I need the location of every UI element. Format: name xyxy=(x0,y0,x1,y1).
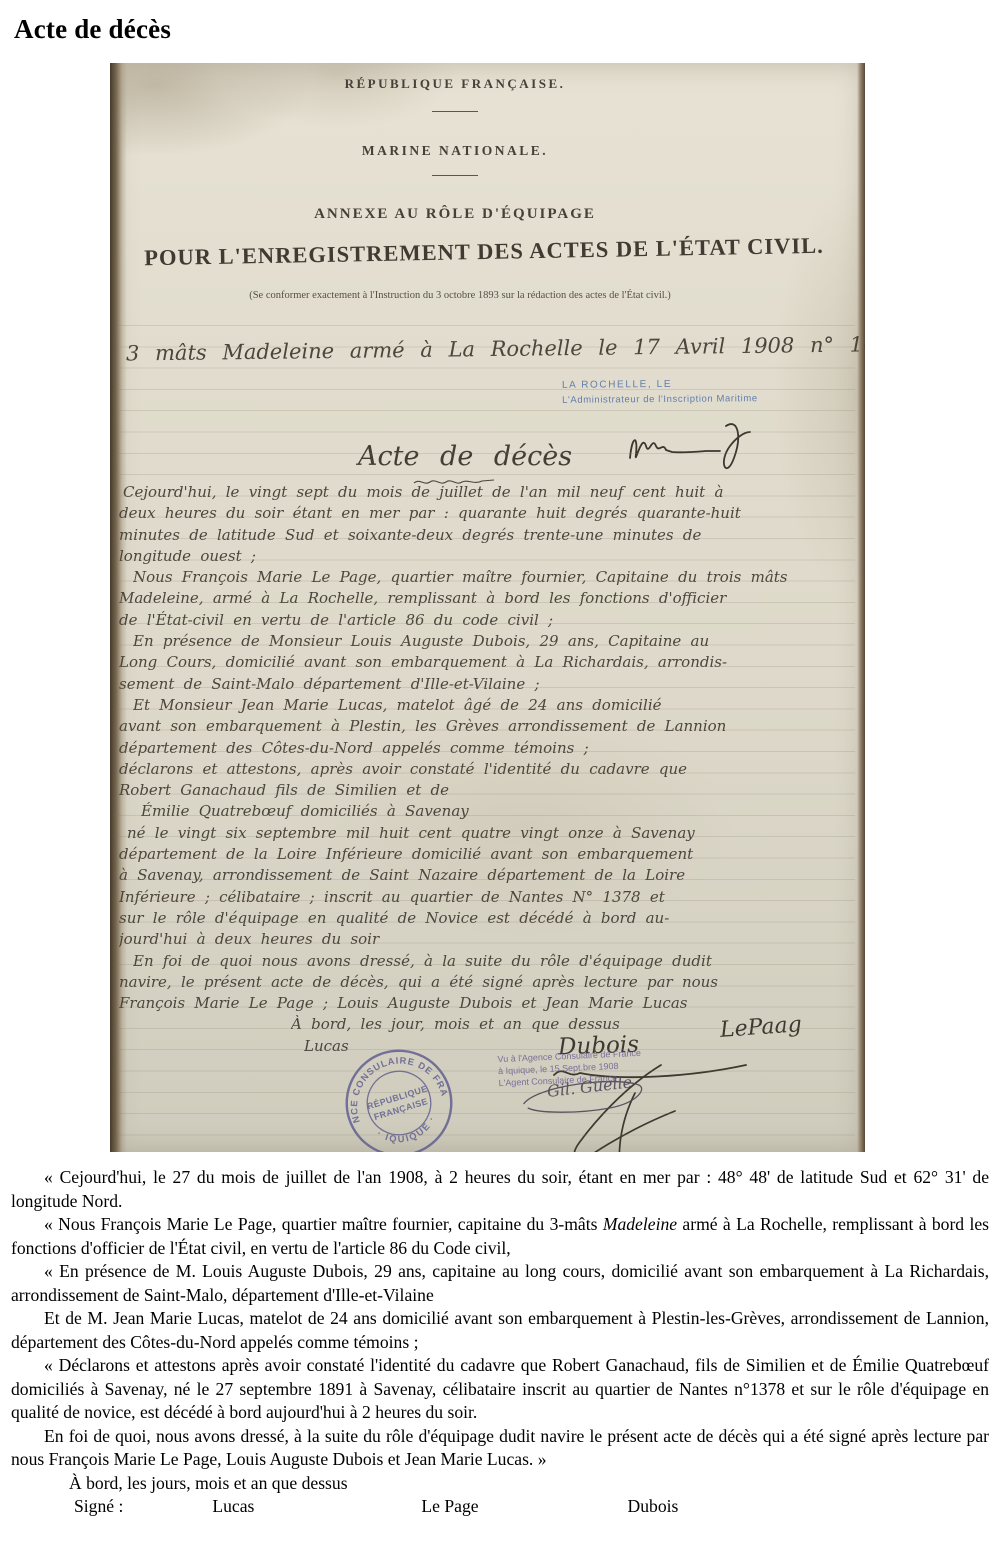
consular-visa-note: Vu à l'Agence Consulaire de France à Iqu… xyxy=(497,1047,642,1089)
manuscript-line: département de la Loire Inférieure domic… xyxy=(119,844,857,865)
transcription-paragraph: « En présence de M. Louis Auguste Dubois… xyxy=(11,1260,989,1307)
paragraph-text: À bord, les jours, mois et an que dessus xyxy=(69,1473,348,1493)
header-marine-nationale: MARINE NATIONALE. xyxy=(110,143,800,159)
paragraph-text: « En présence de M. Louis Auguste Dubois… xyxy=(11,1261,989,1305)
manuscript-line: François Marie Le Page ; Louis Auguste D… xyxy=(119,993,857,1014)
manuscript-line: En présence de Monsieur Louis Auguste Du… xyxy=(133,631,857,652)
la-rochelle-stamp: LA ROCHELLE, LE L'Administrateur de l'In… xyxy=(562,378,758,406)
signature-oval-flourish xyxy=(516,1073,648,1119)
page-right-edge xyxy=(857,63,865,1152)
manuscript-line: département des Côtes-du-Nord appelés co… xyxy=(119,738,857,759)
manuscript-line: Émilie Quatrebœuf domiciliés à Savenay xyxy=(141,801,857,822)
manuscript-line: jourd'hui à deux heures du soir xyxy=(119,929,857,950)
ship-name-italic: Madeleine xyxy=(603,1214,677,1234)
document-scan: RÉPUBLIQUE FRANÇAISE. MARINE NATIONALE. … xyxy=(110,63,865,1152)
paragraph-text: « Cejourd'hui, le 27 du mois de juillet … xyxy=(11,1167,989,1211)
transcription-paragraph: En foi de quoi, nous avons dressé, à la … xyxy=(11,1425,989,1472)
signe-label: Signé : xyxy=(74,1496,123,1516)
manuscript-line: En foi de quoi nous avons dressé, à la s… xyxy=(133,951,857,972)
manuscript-line: sement de Saint-Malo département d'Ille-… xyxy=(119,674,857,695)
manuscript-line: minutes de latitude Sud et soixante-deux… xyxy=(119,525,857,546)
manuscript-line: Nous François Marie Le Page, quartier ma… xyxy=(133,567,857,588)
transcription-paragraph: Et de M. Jean Marie Lucas, matelot de 24… xyxy=(11,1307,989,1354)
transcription-paragraph: « Nous François Marie Le Page, quartier … xyxy=(11,1213,989,1260)
manuscript-line: avant son embarquement à Plestin, les Gr… xyxy=(119,716,857,737)
manuscript-line: sur le rôle d'équipage en qualité de Nov… xyxy=(119,908,857,929)
paragraph-text: Et de M. Jean Marie Lucas, matelot de 24… xyxy=(11,1308,989,1352)
signatory-name: Le Page xyxy=(358,1495,478,1519)
transcription-paragraph: « Déclarons et attestons après avoir con… xyxy=(11,1354,989,1425)
manuscript-line: longitude ouest ; xyxy=(119,546,857,567)
header-instruction: (Se conformer exactement à l'Instruction… xyxy=(110,290,810,301)
manuscript-line: deux heures du soir étant en mer par : q… xyxy=(119,503,857,524)
paragraph-text: « Déclarons et attestons après avoir con… xyxy=(11,1355,989,1422)
handwritten-acte-title: Acte de décès xyxy=(358,441,572,472)
manuscript-line: navire, le présent acte de décès, qui a … xyxy=(119,972,857,993)
manuscript-line: déclarons et attestons, après avoir cons… xyxy=(119,759,857,780)
manuscript-line: Inférieure ; célibataire ; inscrit au qu… xyxy=(119,887,857,908)
header-annexe: ANNEXE AU RÔLE D'ÉQUIPAGE xyxy=(110,206,800,223)
manuscript-line: de l'État-civil en vertu de l'article 86… xyxy=(119,610,857,631)
manuscript-body: Cejourd'hui, le vingt sept du mois de ju… xyxy=(119,482,857,1057)
stamp-line: LA ROCHELLE, LE xyxy=(562,378,758,391)
header-main-title: POUR L'ENREGISTREMENT DES ACTES DE L'ÉTA… xyxy=(110,232,858,272)
transcription-paragraph: « Cejourd'hui, le 27 du mois de juillet … xyxy=(11,1166,989,1213)
page-title: Acte de décès xyxy=(14,14,171,45)
manuscript-line: Madeleine, armé à La Rochelle, remplissa… xyxy=(119,588,857,609)
paragraph-text: « Nous François Marie Le Page, quartier … xyxy=(44,1214,603,1234)
stamp-line: L'Administrateur de l'Inscription Mariti… xyxy=(562,393,758,406)
manuscript-line: à Savenay, arrondissement de Saint Nazai… xyxy=(119,865,857,886)
divider xyxy=(432,175,478,176)
transcription-paragraph: À bord, les jours, mois et an que dessus xyxy=(11,1472,989,1496)
transcription-signature-row: Signé :LucasLe PageDubois xyxy=(11,1495,989,1519)
signatory-name: Dubois xyxy=(565,1495,679,1519)
manuscript-line: Long Cours, domicilié avant son embarque… xyxy=(119,652,857,673)
administrator-signature-flourish xyxy=(622,406,792,486)
paragraph-text: En foi de quoi, nous avons dressé, à la … xyxy=(11,1426,989,1470)
signatory-name: Lucas xyxy=(149,1495,254,1519)
manuscript-line: né le vingt six septembre mil huit cent … xyxy=(127,823,857,844)
transcription-block: « Cejourd'hui, le 27 du mois de juillet … xyxy=(11,1166,989,1519)
manuscript-line: Robert Ganachaud fils de Similien et de xyxy=(119,780,857,801)
registration-handwritten-line: 3 mâts Madeleine armé à La Rochelle le 1… xyxy=(126,332,863,365)
header-republique: RÉPUBLIQUE FRANÇAISE. xyxy=(110,76,800,92)
manuscript-line: Cejourd'hui, le vingt sept du mois de ju… xyxy=(123,482,857,503)
divider xyxy=(432,111,478,112)
manuscript-line: Et Monsieur Jean Marie Lucas, matelot âg… xyxy=(133,695,857,716)
